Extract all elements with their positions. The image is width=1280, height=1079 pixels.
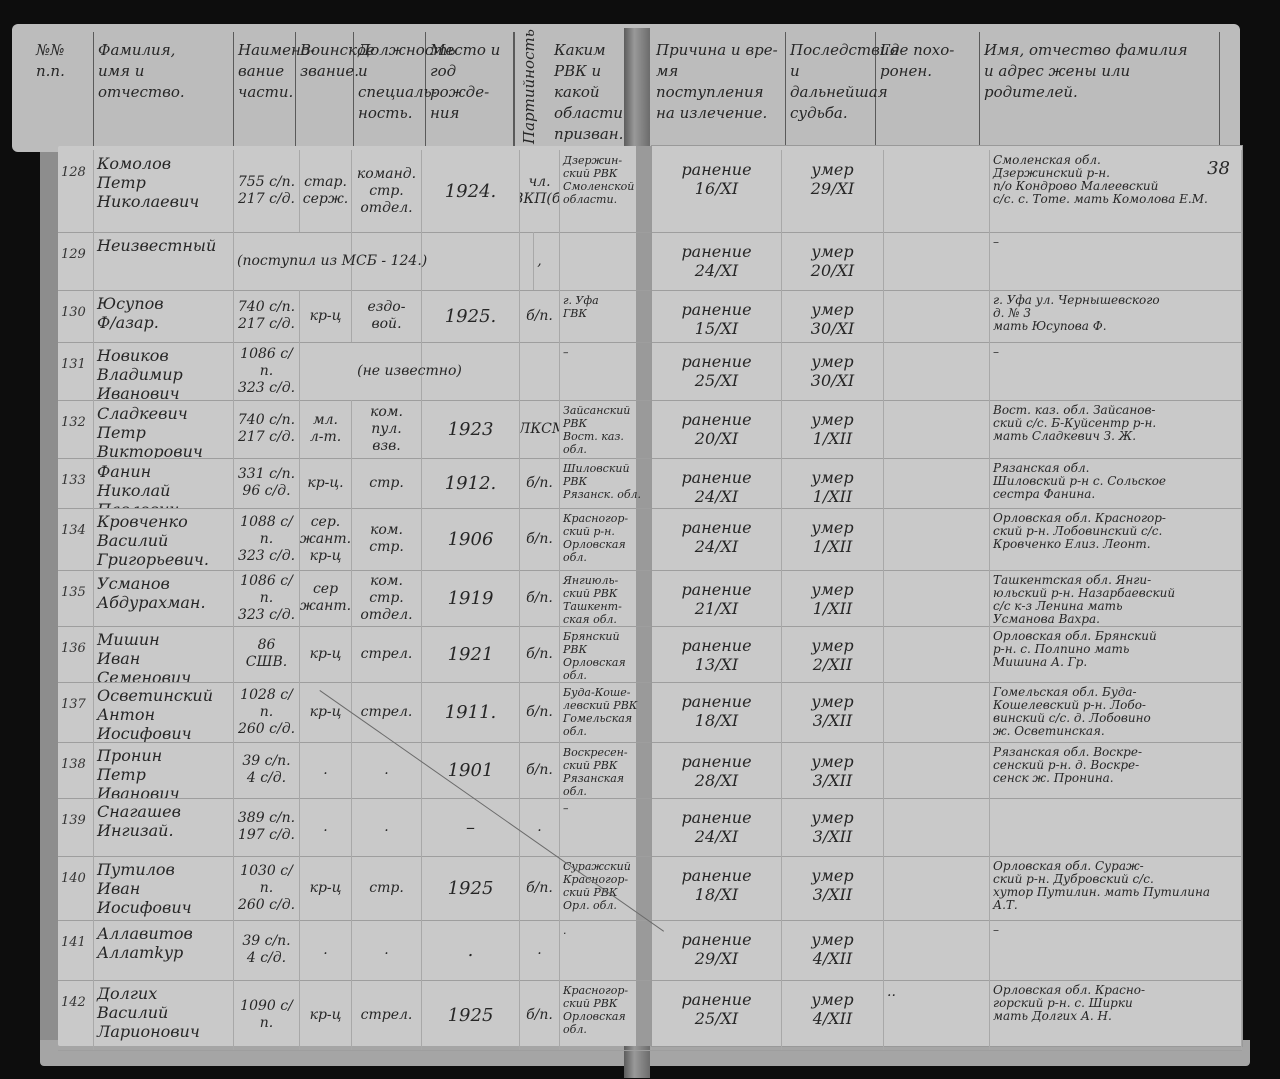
cell-line: умер bbox=[785, 808, 880, 827]
cell-birth: 1919 bbox=[422, 570, 520, 626]
cell-position: . bbox=[352, 798, 422, 856]
cell-party-content: б/п. bbox=[526, 646, 553, 663]
register-row: 139СнагашевИнгизай.389 с/п.197 с/д...–.– bbox=[58, 798, 652, 857]
left-page: 128КомоловПетрНиколаевич755 с/п.217 с/д.… bbox=[58, 146, 652, 1046]
cell-line: Ф/азар. bbox=[97, 313, 230, 332]
cell-line: ранение bbox=[655, 468, 778, 487]
cell-fate: умер2/XII bbox=[782, 626, 884, 682]
cell-position-content: . bbox=[384, 942, 388, 959]
column-header-reason: Причина и вре-мя поступленияна излечение… bbox=[652, 32, 786, 152]
cell-name: УсмановАбдурахман. bbox=[94, 570, 234, 626]
cell-line: 24/XI bbox=[655, 537, 778, 556]
cell-rank-content: сержант. bbox=[300, 581, 351, 615]
cell-line: Орловская bbox=[563, 656, 648, 669]
cell-line: Василий bbox=[97, 1003, 230, 1022]
cell-fate: умер30/XI bbox=[782, 290, 884, 342]
cell-kin: Орловская обл. Сураж-ский р-н. Дубровски… bbox=[990, 856, 1242, 920]
cell-line: – bbox=[993, 924, 1238, 937]
cell-line: ГВК bbox=[563, 307, 648, 320]
cell-party-content: б/п. bbox=[526, 1007, 553, 1024]
cell-line: Иосифович bbox=[97, 898, 230, 917]
cell-line: ВЛКСМ. bbox=[520, 421, 560, 438]
cell-line: умер bbox=[785, 160, 880, 179]
cell-line: 740 с/п. bbox=[238, 299, 295, 316]
cell-line: 96 с/д. bbox=[238, 483, 295, 500]
cell-rvk: БрянскийРВКОрловскаяобл. bbox=[560, 626, 652, 682]
cell-n: 139 bbox=[58, 798, 94, 856]
cell-party-content: чл.ВКП(б) bbox=[520, 174, 560, 208]
cell-position-content: ком.стр. bbox=[369, 522, 404, 556]
cell-line: умер bbox=[785, 636, 880, 655]
header-line: Последствия bbox=[790, 40, 871, 61]
cell-line: Ларионович bbox=[97, 1022, 230, 1041]
cell-kin: – bbox=[990, 342, 1242, 400]
register-row: 134КровченкоВасилийГригорьевич.1088 с/п.… bbox=[58, 508, 652, 571]
cell-party: чл.ВКП(б) bbox=[520, 150, 560, 232]
cell-line: 323 с/д. bbox=[237, 548, 296, 565]
cell-reason: ранение16/XI bbox=[652, 150, 782, 232]
cell-unit: 755 с/п.217 с/д. bbox=[234, 150, 300, 232]
cell-line: б/п. bbox=[526, 590, 553, 607]
cell-position-content: ком.стр.отдел. bbox=[360, 573, 412, 624]
cell-rvk: г. УфаГВК bbox=[560, 290, 652, 342]
cell-birth: 1925. bbox=[422, 290, 520, 342]
cell-reason: ранение18/XI bbox=[652, 682, 782, 742]
cell-party: ВЛКСМ. bbox=[520, 400, 560, 458]
cell-line: Григорьевич. bbox=[97, 550, 230, 569]
cell-position-content: стр. bbox=[369, 475, 404, 492]
cell-position: ком.стр. bbox=[352, 508, 422, 570]
cell-unit: 39 с/п.4 с/д. bbox=[234, 920, 300, 980]
cell-line: . bbox=[563, 924, 648, 937]
cell-kin: Рязанская обл.Шиловский р-н с. Сольскоес… bbox=[990, 458, 1242, 508]
cell-name: ФанинНиколайПавлович. bbox=[94, 458, 234, 508]
cell-line: умер bbox=[785, 930, 880, 949]
header-line: ния bbox=[430, 103, 509, 124]
cell-line: Красногор- bbox=[563, 873, 648, 886]
cell-line: Рязанская bbox=[563, 772, 648, 785]
cell-birth-content: 1911. bbox=[445, 704, 497, 721]
cell-line: ранение bbox=[655, 752, 778, 771]
cell-reason: ранение21/XI bbox=[652, 570, 782, 626]
cell-rvk bbox=[560, 232, 652, 290]
cell-line: . bbox=[323, 819, 327, 836]
cell-line: кр-ц bbox=[310, 704, 342, 721]
cell-line: Петр bbox=[97, 423, 230, 442]
header-line: вание bbox=[238, 61, 291, 82]
cell-party: . bbox=[520, 798, 560, 856]
cell-line: 29/XI bbox=[655, 949, 778, 968]
header-line: и bbox=[790, 61, 871, 82]
cell-line: б/п. bbox=[526, 308, 553, 325]
cell-line: 16/XI bbox=[655, 179, 778, 198]
cell-line: Сладкевич bbox=[97, 404, 230, 423]
cell-rvk: ЗайсанскийРВКВост. каз.обл. bbox=[560, 400, 652, 458]
cell-line: 25/XI bbox=[655, 371, 778, 390]
cell-kin: Смоленская обл.Дзержинский р-н.п/о Кондр… bbox=[990, 150, 1242, 232]
cell-fate: умер30/XI bbox=[782, 342, 884, 400]
header-line: ронен. bbox=[880, 61, 975, 82]
cell-line: вой. bbox=[368, 316, 406, 333]
cell-line: , bbox=[537, 253, 541, 270]
cell-line: умер bbox=[785, 752, 880, 771]
cell-line: умер bbox=[785, 352, 880, 371]
cell-buried bbox=[884, 232, 990, 290]
cell-line: Красногор- bbox=[563, 984, 648, 997]
cell-line: 29/XI bbox=[785, 179, 880, 198]
cell-line: хутор Путилин. мать Путилина А.Т. bbox=[993, 886, 1238, 912]
cell-buried bbox=[884, 342, 990, 400]
cell-line: ранение bbox=[655, 636, 778, 655]
header-line: судьба. bbox=[790, 103, 871, 124]
cell-line: л-т. bbox=[310, 429, 341, 446]
cell-birth: . bbox=[422, 920, 520, 980]
cell-birth: 1924. bbox=[422, 150, 520, 232]
cell-line: 1090 с/п. bbox=[237, 998, 296, 1032]
cell-line: 1086 с/п. bbox=[237, 346, 296, 380]
cell-rank: кр-ц bbox=[300, 290, 352, 342]
header-line: Фамилия, bbox=[98, 40, 229, 61]
cell-n: 141 bbox=[58, 920, 94, 980]
cell-line: ранение bbox=[655, 352, 778, 371]
cell-line: Иванович bbox=[97, 384, 230, 400]
cell-line: ездо- bbox=[368, 299, 406, 316]
column-header-rvk: КакимРВК икакойобластипризван. bbox=[550, 32, 634, 152]
cell-unit-content: 1086 с/п.323 с/д. bbox=[237, 573, 296, 624]
cell-line: – bbox=[563, 802, 648, 815]
cell-unit: (поступил из МСБ - 124.) bbox=[234, 232, 534, 290]
cell-line: Аллавитов bbox=[97, 924, 230, 943]
cell-line: кр-ц. bbox=[307, 475, 343, 492]
cell-reason: ранение24/XI bbox=[652, 458, 782, 508]
cell-birth-content: 1921 bbox=[448, 646, 494, 663]
cell-unit: 740 с/п.217 с/д. bbox=[234, 400, 300, 458]
cell-line: обл. bbox=[563, 551, 648, 564]
cell-line: Иванович bbox=[97, 784, 230, 798]
cell-line: Петр bbox=[97, 173, 230, 192]
cell-party: б/п. bbox=[520, 458, 560, 508]
cell-name: ПутиловИванИосифович bbox=[94, 856, 234, 920]
cell-line: области. bbox=[563, 193, 648, 206]
cell-line: ский РВК bbox=[563, 886, 648, 899]
cell-n: 135 bbox=[58, 570, 94, 626]
cell-line: 1028 с/п. bbox=[237, 687, 296, 721]
cell-party-content: б/п. bbox=[526, 590, 553, 607]
cell-unit-content: 86СШВ. bbox=[246, 637, 287, 671]
cell-line: Владимир bbox=[97, 365, 230, 384]
cell-line: 331 с/п. bbox=[238, 466, 295, 483]
cell-n: 142 bbox=[58, 980, 94, 1050]
cell-line: Рязанск. обл. bbox=[563, 488, 648, 501]
cell-line: команд. bbox=[357, 166, 416, 183]
cell-line: ский РВК bbox=[563, 167, 648, 180]
cell-buried bbox=[884, 856, 990, 920]
cell-line: чл. bbox=[520, 174, 560, 191]
cell-buried bbox=[884, 682, 990, 742]
cell-line: 21/XI bbox=[655, 599, 778, 618]
cell-party: б/п. bbox=[520, 570, 560, 626]
cell-line: РВК bbox=[563, 475, 648, 488]
header-line: ность. bbox=[358, 103, 421, 124]
register-row-outcome: ранение18/XIумер3/XIIГомельская обл. Буд… bbox=[652, 682, 1242, 743]
column-header-kin: Имя, отчество фамилияи адрес жены илирод… bbox=[980, 32, 1220, 152]
cell-party-content: . bbox=[537, 942, 541, 959]
cell-line: б/п. bbox=[526, 646, 553, 663]
cell-fate: умер29/XI bbox=[782, 150, 884, 232]
cell-party: б/п. bbox=[520, 626, 560, 682]
register-row: 133ФанинНиколайПавлович.331 с/п.96 с/д.к… bbox=[58, 458, 652, 509]
header-line: Наимено- bbox=[238, 40, 291, 61]
cell-line: ранение bbox=[655, 692, 778, 711]
column-header-unit: Наимено-ваниечасти. bbox=[234, 32, 296, 152]
cell-fate: умер1/XII bbox=[782, 400, 884, 458]
cell-line: 20/XI bbox=[655, 429, 778, 448]
cell-line: 1/XII bbox=[785, 429, 880, 448]
cell-line: Красногор- bbox=[563, 512, 648, 525]
cell-line: 30/XI bbox=[785, 371, 880, 390]
cell-line: Викторович bbox=[97, 442, 230, 458]
cell-line: умер bbox=[785, 468, 880, 487]
cell-buried bbox=[884, 290, 990, 342]
cell-rank: кр-ц. bbox=[300, 458, 352, 508]
cell-fate: умер1/XII bbox=[782, 570, 884, 626]
cell-kin: Вост. каз. обл. Зайсанов-ский с/с. Б-Куй… bbox=[990, 400, 1242, 458]
cell-birth-content: 1925 bbox=[448, 1007, 494, 1024]
cell-reason: ранение24/XI bbox=[652, 508, 782, 570]
cell-unit-content: 740 с/п.217 с/д. bbox=[238, 412, 295, 446]
cell-n: 132 bbox=[58, 400, 94, 458]
cell-line: стар. bbox=[303, 174, 348, 191]
cell-fate: умер3/XII bbox=[782, 682, 884, 742]
header-line: мя поступления bbox=[656, 61, 781, 103]
cell-line: кр-ц bbox=[310, 646, 342, 663]
register-row: 130ЮсуповФ/азар.740 с/п.217 с/д.кр-цездо… bbox=[58, 290, 652, 343]
cell-kin: Гомельская обл. Буда-Кошелевский р-н. Ло… bbox=[990, 682, 1242, 742]
cell-rvk: – bbox=[560, 798, 652, 856]
cell-line: Ташкент- bbox=[563, 600, 648, 613]
cell-line: умер bbox=[785, 580, 880, 599]
cell-line: 28/XI bbox=[655, 771, 778, 790]
cell-reason: ранение15/XI bbox=[652, 290, 782, 342]
cell-line: . bbox=[384, 942, 388, 959]
cell-party-content: б/п. bbox=[526, 704, 553, 721]
cell-line: – bbox=[993, 236, 1238, 249]
cell-line: 24/XI bbox=[655, 261, 778, 280]
cell-line: стрел. bbox=[361, 704, 413, 721]
cell-line: ранение bbox=[655, 930, 778, 949]
cell-unit-content: 740 с/п.217 с/д. bbox=[238, 299, 295, 333]
cell-rank-content: . bbox=[323, 762, 327, 779]
cell-rank: сержант. bbox=[300, 570, 352, 626]
cell-line: стр. bbox=[360, 590, 412, 607]
cell-unit: 331 с/п.96 с/д. bbox=[234, 458, 300, 508]
cell-party: б/п. bbox=[520, 856, 560, 920]
cell-line: ранение bbox=[655, 300, 778, 319]
cell-unit: 39 с/п.4 с/д. bbox=[234, 742, 300, 798]
cell-unit: 1086 с/п.323 с/д. bbox=[234, 342, 300, 400]
cell-birth: 1906 bbox=[422, 508, 520, 570]
cell-n: 134 bbox=[58, 508, 94, 570]
cell-fate: умер4/XII bbox=[782, 980, 884, 1050]
cell-rank-content: мл.л-т. bbox=[310, 412, 341, 446]
cell-unit-content: 1086 с/п.323 с/д. bbox=[237, 346, 296, 397]
cell-birth-content: 1925 bbox=[448, 880, 494, 897]
cell-rank: стар.серж. bbox=[300, 150, 352, 232]
cell-buried bbox=[884, 400, 990, 458]
cell-line: ранение bbox=[655, 242, 778, 261]
cell-n: 131 bbox=[58, 342, 94, 400]
cell-line: Долгих bbox=[97, 984, 230, 1003]
cell-line: стр. bbox=[357, 183, 416, 200]
cell-line: 39 с/п. bbox=[242, 933, 290, 950]
cell-n: 137 bbox=[58, 682, 94, 742]
cell-name: ЮсуповФ/азар. bbox=[94, 290, 234, 342]
cell-line: Янгиюль- bbox=[563, 574, 648, 587]
cell-name: ОсветинскийАнтонИосифович bbox=[94, 682, 234, 742]
cell-line: ком. bbox=[360, 573, 412, 590]
cell-reason: ранение25/XI bbox=[652, 342, 782, 400]
cell-line: умер bbox=[785, 990, 880, 1009]
column-header-rank: Воинскоезвание. bbox=[296, 32, 354, 152]
cell-line: Гомельская bbox=[563, 712, 648, 725]
cell-party-content: б/п. bbox=[526, 880, 553, 897]
cell-unit: 86СШВ. bbox=[234, 626, 300, 682]
cell-reason: ранение18/XI bbox=[652, 856, 782, 920]
cell-position: команд.стр.отдел. bbox=[352, 150, 422, 232]
cell-line: 25/XI bbox=[655, 1009, 778, 1028]
cell-kin: Орловская обл. Брянскийр-н. с. Полпино м… bbox=[990, 626, 1242, 682]
cell-name: КомоловПетрНиколаевич bbox=[94, 150, 234, 232]
cell-position-content: ком.пул.взв. bbox=[370, 404, 403, 455]
cell-line: 4/XII bbox=[785, 1009, 880, 1028]
cell-unit-content: 39 с/п.4 с/д. bbox=[242, 933, 290, 967]
register-row: 131НовиковВладимирИванович1086 с/п.323 с… bbox=[58, 342, 652, 401]
cell-kin: Рязанская обл. Воскре-сенский р-н. д. Во… bbox=[990, 742, 1242, 798]
cell-line: 4 с/д. bbox=[242, 950, 290, 967]
cell-line: 389 с/п. bbox=[238, 810, 295, 827]
header-line: части. bbox=[238, 82, 291, 103]
cell-position-content: стрел. bbox=[361, 1007, 413, 1024]
cell-line: Мишин bbox=[97, 630, 230, 649]
cell-party: б/п. bbox=[520, 290, 560, 342]
cell-line: . bbox=[537, 942, 541, 959]
header-line: звание. bbox=[300, 61, 349, 82]
cell-rank: (не известно) bbox=[300, 342, 520, 400]
cell-line: 1086 с/п. bbox=[237, 573, 296, 607]
cell-line: Смоленской bbox=[563, 180, 648, 193]
cell-line: кр-ц bbox=[310, 1007, 342, 1024]
cell-line: Снагашев bbox=[97, 802, 230, 821]
cell-line: ранение bbox=[655, 808, 778, 827]
cell-n: 129 bbox=[58, 232, 94, 290]
header-line: №№ bbox=[36, 40, 89, 61]
register-row-outcome: ранение24/XIумер20/XI– bbox=[652, 232, 1242, 291]
cell-line: . bbox=[323, 762, 327, 779]
cell-position: стрел. bbox=[352, 682, 422, 742]
column-header-party: Партийность bbox=[514, 32, 550, 152]
column-header-position: Должностьиспециаль-ность. bbox=[354, 32, 426, 152]
cell-line: Зайсанский bbox=[563, 404, 648, 417]
cell-line: б/п. bbox=[526, 475, 553, 492]
cell-rank: кр-ц bbox=[300, 626, 352, 682]
cell-party: б/п. bbox=[520, 508, 560, 570]
cell-buried bbox=[884, 570, 990, 626]
cell-rank: . bbox=[300, 798, 352, 856]
cell-line: 3/XII bbox=[785, 827, 880, 846]
cell-line: пул. bbox=[370, 421, 403, 438]
cell-line: 18/XI bbox=[655, 885, 778, 904]
cell-rvk: Буда-Коше-левский РВКГомельскаяобл. bbox=[560, 682, 652, 742]
cell-n: 138 bbox=[58, 742, 94, 798]
cell-unit-content: 1090 с/п. bbox=[237, 998, 296, 1032]
cell-line: Иван bbox=[97, 879, 230, 898]
cell-line: 260 с/д. bbox=[237, 897, 296, 914]
cell-line: 197 с/д. bbox=[238, 827, 295, 844]
cell-rank-content: кр-ц bbox=[310, 1007, 342, 1024]
cell-line: – bbox=[563, 346, 648, 359]
cell-line: б/п. bbox=[526, 1007, 553, 1024]
cell-line: стрел. bbox=[361, 1007, 413, 1024]
cell-line: 217 с/д. bbox=[238, 191, 295, 208]
header-line: области bbox=[554, 103, 629, 124]
cell-birth-content: 1906 bbox=[448, 531, 494, 548]
cell-birth-content: 1925. bbox=[445, 308, 497, 325]
register-row-outcome: ранение15/XIумер30/XIг. Уфа ул. Чернышев… bbox=[652, 290, 1242, 343]
cell-line: 24/XI bbox=[655, 487, 778, 506]
cell-name: Неизвестный bbox=[94, 232, 234, 290]
cell-line: РВК bbox=[563, 643, 648, 656]
register-row-outcome: ранение24/XIумер1/XIIРязанская обл.Шилов… bbox=[652, 458, 1242, 509]
cell-position-content: стрел. bbox=[361, 704, 413, 721]
cell-line: кр-ц bbox=[300, 548, 351, 565]
cell-line: 15/XI bbox=[655, 319, 778, 338]
cell-name: ДолгихВасилийЛарионович bbox=[94, 980, 234, 1050]
cell-buried bbox=[884, 626, 990, 682]
register-row-outcome: ранение13/XIумер2/XIIОрловская обл. Брян… bbox=[652, 626, 1242, 683]
cell-line: Осветинский bbox=[97, 686, 230, 705]
cell-party bbox=[520, 342, 560, 400]
cell-line: сестра Фанина. bbox=[993, 488, 1238, 501]
cell-line: стрел. bbox=[361, 646, 413, 663]
header-line: Воинское bbox=[300, 40, 349, 61]
cell-line: обл. bbox=[563, 725, 648, 738]
cell-birth: 1925 bbox=[422, 980, 520, 1050]
column-header-name: Фамилия,имя иотчество. bbox=[94, 32, 234, 152]
cell-line: ранение bbox=[655, 410, 778, 429]
cell-unit: 1030 с/п.260 с/д. bbox=[234, 856, 300, 920]
cell-birth-content: 1901 bbox=[448, 762, 494, 779]
cell-line: 3/XII bbox=[785, 771, 880, 790]
register-row-outcome: ранение18/XIумер3/XIIОрловская обл. Сура… bbox=[652, 856, 1242, 921]
register-row: 132СладкевичПетрВикторович740 с/п.217 с/… bbox=[58, 400, 652, 459]
cell-line: Иосифович bbox=[97, 724, 230, 742]
cell-rank: кр-ц bbox=[300, 980, 352, 1050]
cell-line: 217 с/д. bbox=[238, 316, 295, 333]
cell-line: Неизвестный bbox=[97, 236, 230, 255]
cell-line: Путилов bbox=[97, 860, 230, 879]
cell-position: стр. bbox=[352, 458, 422, 508]
cell-line: ком. bbox=[370, 404, 403, 421]
cell-kin: Орловская обл. Красногор-ский р-н. Лобов… bbox=[990, 508, 1242, 570]
cell-name: СнагашевИнгизай. bbox=[94, 798, 234, 856]
register-row-outcome: ранение25/XIумер30/XI– bbox=[652, 342, 1242, 401]
cell-line: мать Долгих А. Н. bbox=[993, 1010, 1238, 1023]
cell-line: стр. bbox=[369, 539, 404, 556]
cell-name: ПронинПетрИванович bbox=[94, 742, 234, 798]
register-row: 142ДолгихВасилийЛарионович1090 с/п.кр-цс… bbox=[58, 980, 652, 1051]
cell-line: Шиловский bbox=[563, 462, 648, 475]
register-row-outcome: ранение20/XIумер1/XIIВост. каз. обл. Зай… bbox=[652, 400, 1242, 459]
